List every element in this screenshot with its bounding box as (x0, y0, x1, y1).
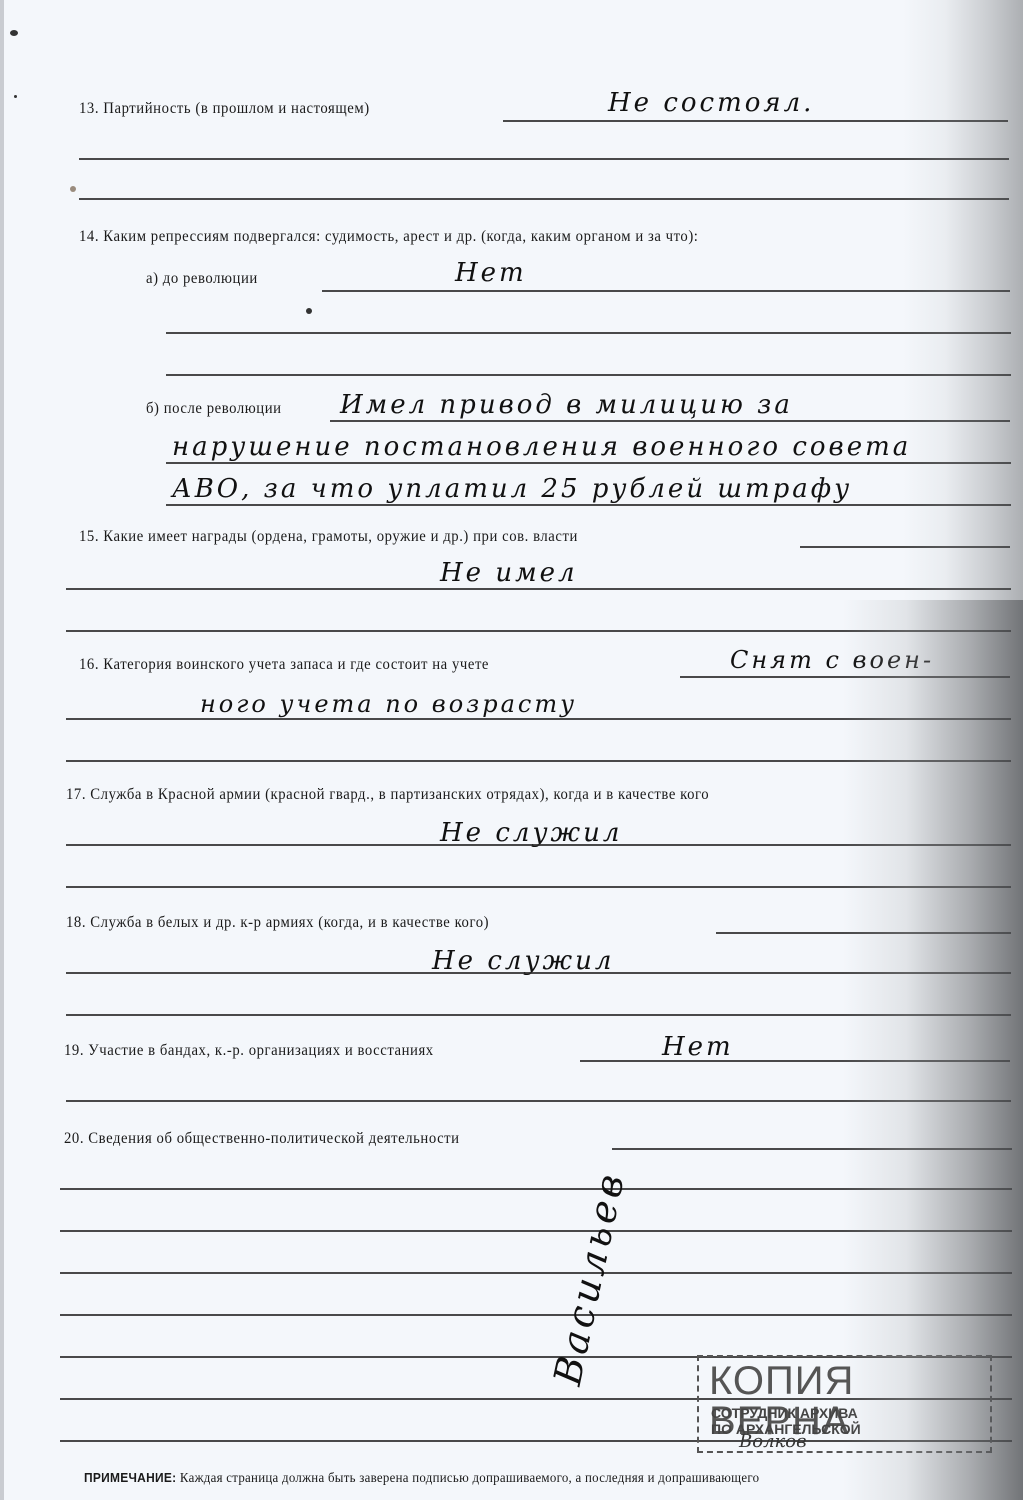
answer-line (166, 374, 1011, 376)
answer-line (612, 1148, 1012, 1150)
question-19-label: 19. Участие в бандах, к.-р. организациях… (64, 1042, 434, 1060)
footnote-text: Каждая страница должна быть заверена под… (180, 1471, 759, 1486)
answer-line (66, 760, 1011, 762)
answer-line (716, 932, 1011, 934)
question-20-label: 20. Сведения об общественно-политической… (64, 1130, 460, 1148)
scan-speck (70, 186, 76, 192)
answer-line (680, 676, 1010, 678)
footnote: ПРИМЕЧАНИЕ: Каждая страница должна быть … (84, 1470, 759, 1487)
answer-14b-line-2: нарушение постановления военного совета (172, 432, 911, 462)
question-14-label: 14. Каким репрессиям подвергался: судимо… (79, 228, 698, 246)
answer-line (166, 504, 1011, 506)
stamp-signature: Волков (739, 1431, 807, 1452)
answer-line (166, 332, 1011, 334)
answer-line (66, 1100, 1011, 1102)
footnote-prefix: ПРИМЕЧАНИЕ: (84, 1470, 176, 1485)
question-13-label: 13. Партийность (в прошлом и настоящем) (79, 100, 370, 118)
scan-speck (306, 308, 312, 314)
question-16-label: 16. Категория воинского учета запаса и г… (79, 656, 489, 674)
answer-line (503, 120, 1008, 122)
answer-line (60, 1188, 1012, 1190)
page-edge (0, 0, 4, 1500)
answer-line (66, 588, 1011, 590)
scan-speck (10, 30, 18, 36)
question-15-label: 15. Какие имеет награды (ордена, грамоты… (79, 528, 578, 546)
question-14b-label: б) после революции (146, 400, 282, 418)
answer-line (330, 420, 1010, 422)
answer-line (800, 546, 1010, 548)
answer-line (60, 1314, 1012, 1316)
answer-line (580, 1060, 1010, 1062)
answer-line (166, 462, 1011, 464)
scan-shadow (903, 0, 1023, 600)
answer-14b-line-1: Имел привод в милицию за (340, 390, 793, 420)
stamp-line-1: СОТРУДНИК АРХИВА (711, 1405, 858, 1421)
answer-13: Не состоял. (608, 88, 814, 118)
answer-16-line-2: ного учета по возрасту (200, 690, 577, 718)
answer-line (60, 1272, 1012, 1274)
certification-stamp: КОПИЯ ВЕРНА СОТРУДНИК АРХИВА ПО АРХАНГЕЛ… (697, 1355, 992, 1453)
answer-line (79, 158, 1009, 160)
answer-line (66, 886, 1011, 888)
answer-line (66, 718, 1011, 720)
answer-line (66, 1014, 1011, 1016)
answer-line (66, 630, 1011, 632)
question-14a-label: а) до революции (146, 270, 258, 288)
answer-14a: Нет (455, 258, 527, 288)
answer-line (66, 844, 1011, 846)
answer-15: Не имел (440, 558, 578, 588)
question-17-label: 17. Служба в Красной армии (красной гвар… (66, 786, 709, 804)
question-18-label: 18. Служба в белых и др. к-р армиях (ког… (66, 914, 489, 932)
answer-14b-line-3: АВО, за что уплатил 25 рублей штрафу (172, 474, 852, 504)
answer-line (79, 198, 1009, 200)
answer-line (60, 1230, 1012, 1232)
answer-line (322, 290, 1010, 292)
answer-line (66, 972, 1011, 974)
scan-speck (14, 95, 17, 98)
answer-16-line-1: Снят с воен- (730, 646, 934, 674)
answer-19: Нет (662, 1032, 734, 1062)
